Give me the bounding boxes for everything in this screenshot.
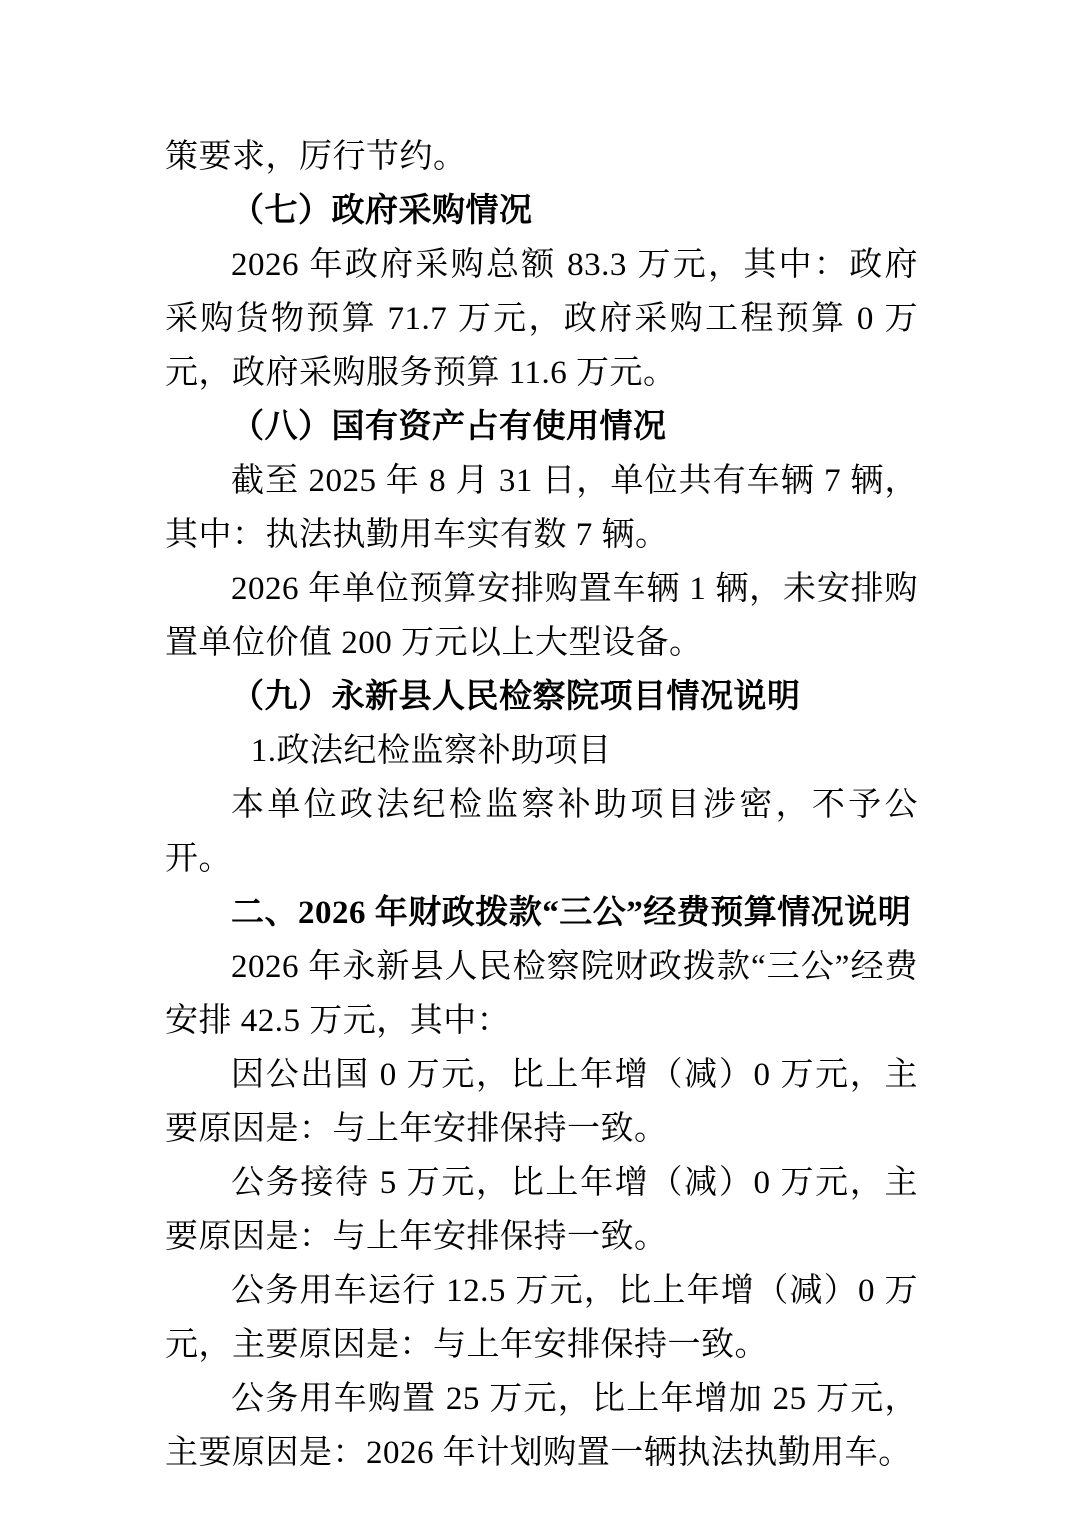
paragraph-project-confidential: 本单位政法纪检监察补助项目涉密，不予公开。 (165, 778, 918, 886)
section-heading-2-sangong-budget: 二、2026 年财政拨款“三公”经费预算情况说明 (165, 886, 918, 940)
section-heading-7-government-procurement: （七）政府采购情况 (165, 184, 918, 238)
paragraph-procurement-totals: 2026 年政府采购总额 83.3 万元，其中：政府采购货物预算 71.7 万元… (165, 238, 918, 400)
paragraph-vehicle-operation-cost: 公务用车运行 12.5 万元，比上年增（减）0 万元，主要原因是：与上年安排保持… (165, 1264, 918, 1372)
paragraph-overseas-travel: 因公出国 0 万元，比上年增（减）0 万元，主要原因是：与上年安排保持一致。 (165, 1048, 918, 1156)
paragraph-continuation: 策要求，厉行节约。 (165, 130, 918, 184)
paragraph-vehicle-budget: 2026 年单位预算安排购置车辆 1 辆，未安排购置单位价值 200 万元以上大… (165, 562, 918, 670)
paragraph-project-item-1: 1.政法纪检监察补助项目 (165, 724, 918, 778)
section-heading-9-project-description: （九）永新县人民检察院项目情况说明 (165, 670, 918, 724)
paragraph-vehicle-purchase-cost: 公务用车购置 25 万元，比上年增加 25 万元，主要原因是：2026 年计划购… (165, 1372, 918, 1480)
document-page: 策要求，厉行节约。 （七）政府采购情况 2026 年政府采购总额 83.3 万元… (0, 0, 1074, 1520)
section-heading-8-state-assets: （八）国有资产占有使用情况 (165, 400, 918, 454)
paragraph-vehicle-count: 截至 2025 年 8 月 31 日，单位共有车辆 7 辆，其中：执法执勤用车实… (165, 454, 918, 562)
paragraph-sangong-total: 2026 年永新县人民检察院财政拨款“三公”经费安排 42.5 万元，其中： (165, 940, 918, 1048)
paragraph-official-reception: 公务接待 5 万元，比上年增（减）0 万元，主要原因是：与上年安排保持一致。 (165, 1156, 918, 1264)
document-text-body: 策要求，厉行节约。 （七）政府采购情况 2026 年政府采购总额 83.3 万元… (0, 0, 1074, 1480)
